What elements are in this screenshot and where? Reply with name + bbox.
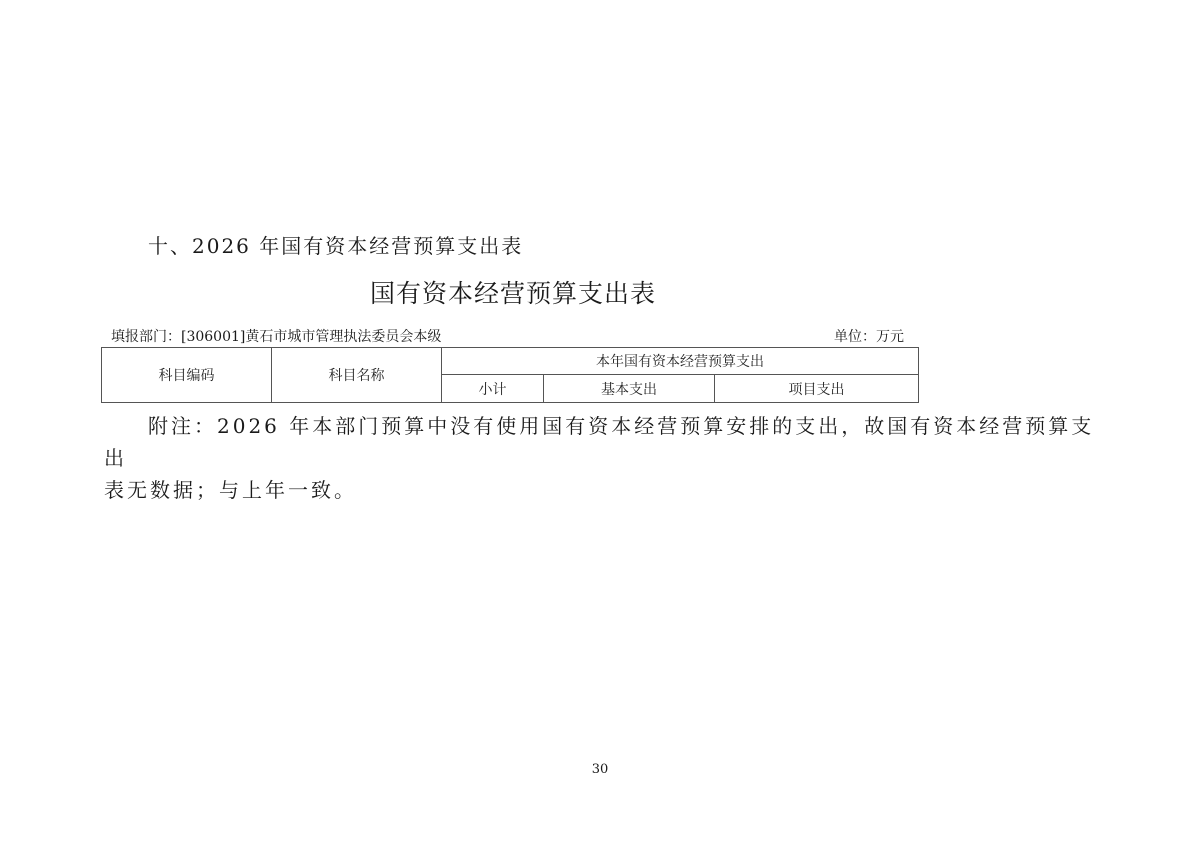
header-subject-name: 科目名称: [272, 348, 442, 403]
table-header-row: 科目编码 科目名称 本年国有资本经营预算支出: [102, 348, 919, 375]
page-number: 30: [0, 762, 1200, 777]
footnote: 附注：2026 年本部门预算中没有使用国有资本经营预算安排的支出，故国有资本经营…: [104, 410, 1104, 506]
section-heading: 十、2026 年国有资本经营预算支出表: [148, 230, 523, 259]
footnote-line-1: 附注：2026 年本部门预算中没有使用国有资本经营预算安排的支出，故国有资本经营…: [104, 410, 1104, 474]
unit-label: 单位：万元: [834, 326, 904, 346]
header-project-expenditure: 项目支出: [715, 375, 919, 403]
footnote-text-1: 附注：2026 年本部门预算中没有使用国有资本经营预算安排的支出，故国有资本经营…: [104, 414, 1094, 470]
header-subtotal: 小计: [442, 375, 544, 403]
table-title: 国有资本经营预算支出表: [370, 274, 656, 310]
footnote-line-2: 表无数据；与上年一致。: [104, 474, 1104, 506]
reporting-department: 填报部门：[306001]黄石市城市管理执法委员会本级: [111, 326, 441, 346]
header-subject-code: 科目编码: [102, 348, 272, 403]
budget-table: 科目编码 科目名称 本年国有资本经营预算支出 小计 基本支出 项目支出: [101, 347, 919, 403]
header-basic-expenditure: 基本支出: [544, 375, 715, 403]
header-group-expenditure: 本年国有资本经营预算支出: [442, 348, 919, 375]
